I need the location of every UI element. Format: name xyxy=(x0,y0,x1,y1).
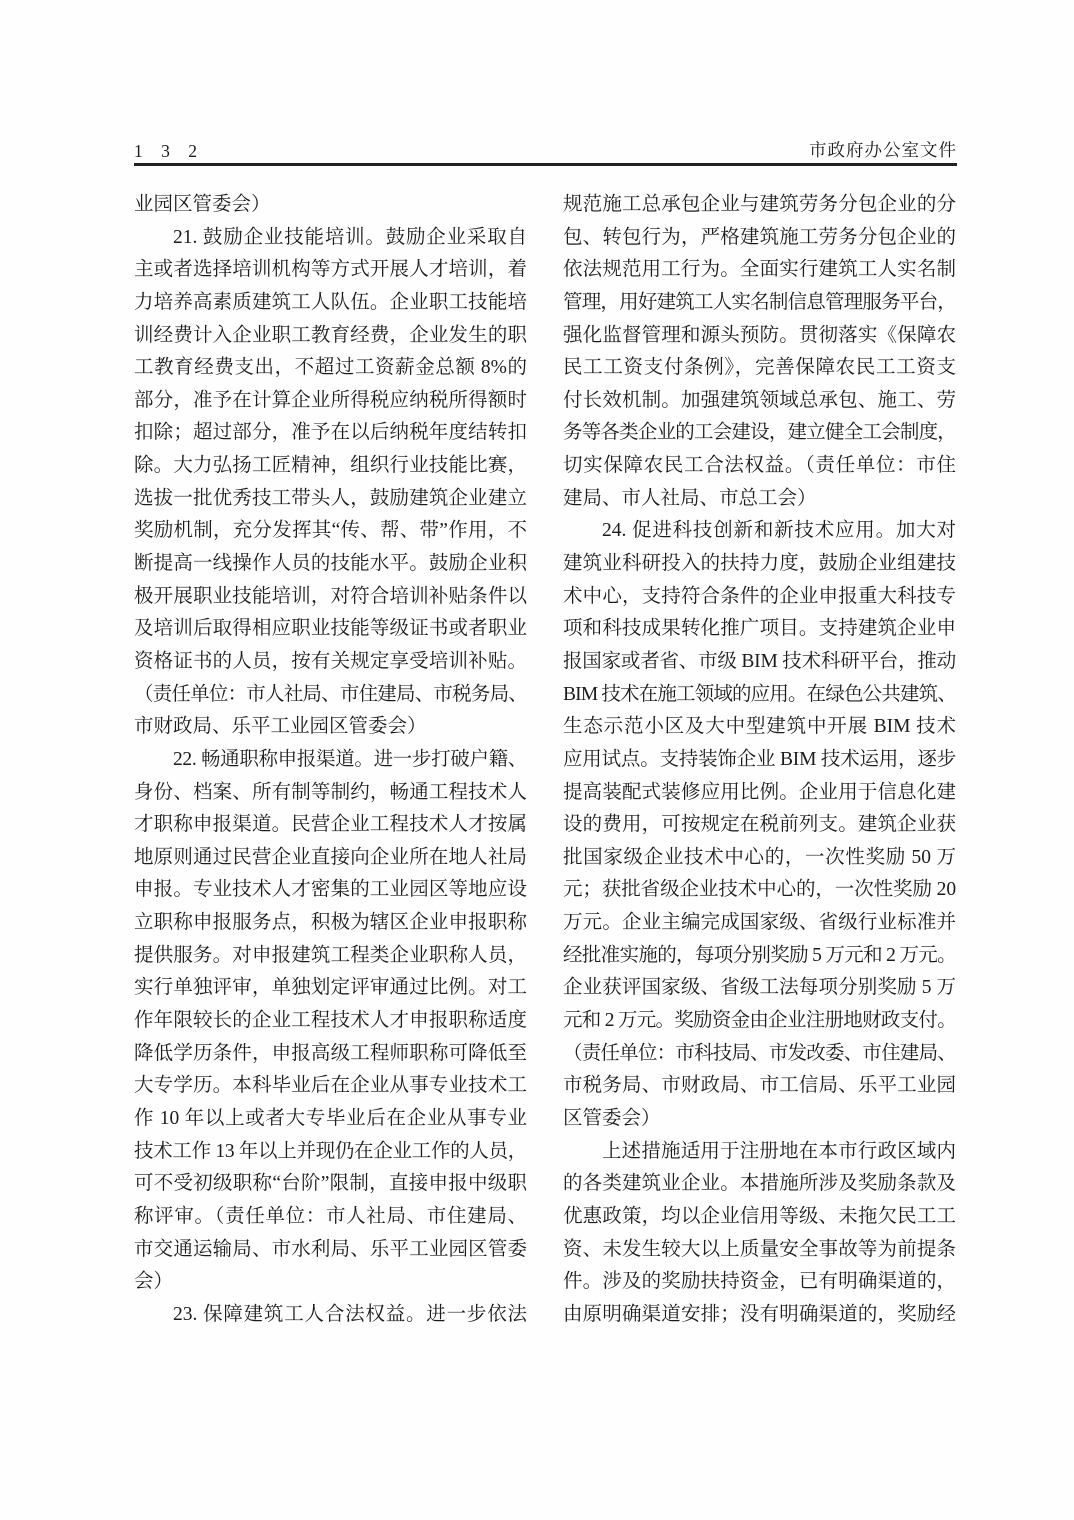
text-line: 才职称申报渠道。民营企业工程技术人才按属 xyxy=(134,809,527,842)
text-line: （责任单位：市科技局、市发改委、市住建局、 xyxy=(563,1038,956,1071)
document-type-label: 市政府办公室文件 xyxy=(809,137,957,162)
text-line: 元和 2 万元。奖励资金由企业注册地财政支付。 xyxy=(563,1005,956,1038)
text-line: 建局、市人社局、市总工会） xyxy=(563,483,956,516)
text-line: 包、转包行为，严格建筑施工劳务分包企业的 xyxy=(563,222,956,255)
text-line: 资、未发生较大以上质量安全事故等为前提条 xyxy=(563,1234,956,1267)
text-line: 生态示范小区及大中型建筑中开展 BIM 技术 xyxy=(563,711,956,744)
text-line: 主或者选择培训机构等方式开展人才培训，着 xyxy=(134,254,527,287)
text-line: BIM 技术在施工领域的应用。在绿色公共建筑、 xyxy=(563,679,956,712)
text-line: 称评审。（责任单位：市人社局、市住建局、 xyxy=(134,1201,527,1234)
text-line: 万元。企业主编完成国家级、省级行业标准并 xyxy=(563,907,956,940)
text-line: 资格证书的人员，按有关规定享受培训补贴。 xyxy=(134,646,527,679)
text-line: 除。大力弘扬工匠精神，组织行业技能比赛， xyxy=(134,450,527,483)
text-line: 件。涉及的奖励扶持资金，已有明确渠道的， xyxy=(563,1266,956,1299)
text-line: 降低学历条件，申报高级工程师职称可降低至 xyxy=(134,1038,527,1071)
text-line: 强化监督管理和源头预防。贯彻落实《保障农 xyxy=(563,320,956,353)
text-line: 元；获批省级企业技术中心的，一次性奖励 20 xyxy=(563,874,956,907)
text-line: 民工工资支付条例》，完善保障农民工工资支 xyxy=(563,352,956,385)
text-line: 建筑业科研投入的扶持力度，鼓励企业组建技 xyxy=(563,548,956,581)
text-line: 选拔一批优秀技工带头人，鼓励建筑企业建立 xyxy=(134,483,527,516)
text-line: 作 10 年以上或者大专毕业后在企业从事专业 xyxy=(134,1103,527,1136)
text-line: 务等各类企业的工会建设，建立健全工会制度， xyxy=(563,417,956,450)
text-line: 实行单独评审，单独划定评审通过比例。对工 xyxy=(134,972,527,1005)
text-line: 市财政局、乐平工业园区管委会） xyxy=(134,711,527,744)
text-line: 市交通运输局、市水利局、乐平工业园区管委 xyxy=(134,1234,527,1267)
text-line: 会） xyxy=(134,1266,527,1299)
text-line: 力培养高素质建筑工人队伍。企业职工技能培 xyxy=(134,287,527,320)
text-line: 训经费计入企业职工教育经费，企业发生的职 xyxy=(134,320,527,353)
text-line: 作年限较长的企业工程技术人才申报职称适度 xyxy=(134,1005,527,1038)
text-line: 批国家级企业技术中心的，一次性奖励 50 万 xyxy=(563,842,956,875)
text-line: 经批准实施的，每项分别奖励 5 万元和 2 万元。 xyxy=(563,940,956,973)
text-line: 业园区管委会） xyxy=(134,189,527,222)
text-line: 24. 促进科技创新和新技术应用。加大对 xyxy=(563,515,956,548)
text-line: 工教育经费支出，不超过工资薪金总额 8%的 xyxy=(134,352,527,385)
text-line: 的各类建筑业企业。本措施所涉及奖励条款及 xyxy=(563,1168,956,1201)
text-line: 报国家或者省、市级 BIM 技术科研平台，推动 xyxy=(563,646,956,679)
left-column: 业园区管委会）21. 鼓励企业技能培训。鼓励企业采取自主或者选择培训机构等方式开… xyxy=(134,189,527,1331)
text-line: 上述措施适用于注册地在本市行政区域内 xyxy=(563,1136,956,1169)
text-line: 项和科技成果转化推广项目。支持建筑企业申 xyxy=(563,613,956,646)
text-line: 技术工作 13 年以上并现仍在企业工作的人员， xyxy=(134,1136,527,1169)
text-line: 由原明确渠道安排；没有明确渠道的，奖励经 xyxy=(563,1299,956,1332)
text-line: 21. 鼓励企业技能培训。鼓励企业采取自 xyxy=(134,222,527,255)
text-line: 应用试点。支持装饰企业 BIM 技术运用，逐步 xyxy=(563,744,956,777)
text-line: 提供服务。对申报建筑工程类企业职称人员， xyxy=(134,940,527,973)
text-line: 管理，用好建筑工人实名制信息管理服务平台， xyxy=(563,287,956,320)
text-line: 可不受初级职称“台阶”限制，直接申报中级职 xyxy=(134,1168,527,1201)
page-header: 1 3 2 市政府办公室文件 xyxy=(134,138,957,162)
text-line: 奖励机制，充分发挥其“传、帮、带”作用，不 xyxy=(134,515,527,548)
text-line: 身份、档案、所有制等制约，畅通工程技术人 xyxy=(134,777,527,810)
text-line: 企业获评国家级、省级工法每项分别奖励 5 万 xyxy=(563,972,956,1005)
text-line: 22. 畅通职称申报渠道。进一步打破户籍、 xyxy=(134,744,527,777)
text-line: 术中心，支持符合条件的企业申报重大科技专 xyxy=(563,581,956,614)
text-line: 付长效机制。加强建筑领域总承包、施工、劳 xyxy=(563,385,956,418)
text-columns: 业园区管委会）21. 鼓励企业技能培训。鼓励企业采取自主或者选择培训机构等方式开… xyxy=(134,189,956,1331)
text-line: 扣除；超过部分，准予在以后纳税年度结转扣 xyxy=(134,417,527,450)
text-line: 地原则通过民营企业直接向企业所在地人社局 xyxy=(134,842,527,875)
text-line: （责任单位：市人社局、市住建局、市税务局、 xyxy=(134,679,527,712)
text-line: 切实保障农民工合法权益。（责任单位：市住 xyxy=(563,450,956,483)
text-line: 及培训后取得相应职业技能等级证书或者职业 xyxy=(134,613,527,646)
document-page: 1 3 2 市政府办公室文件 业园区管委会）21. 鼓励企业技能培训。鼓励企业采… xyxy=(0,0,1074,1520)
page-number: 1 3 2 xyxy=(134,141,204,162)
text-line: 市税务局、市财政局、市工信局、乐平工业园 xyxy=(563,1070,956,1103)
text-line: 依法规范用工行为。全面实行建筑工人实名制 xyxy=(563,254,956,287)
text-line: 23. 保障建筑工人合法权益。进一步依法 xyxy=(134,1299,527,1332)
text-line: 优惠政策，均以企业信用等级、未拖欠民工工 xyxy=(563,1201,956,1234)
text-line: 规范施工总承包企业与建筑劳务分包企业的分 xyxy=(563,189,956,222)
text-line: 部分，准予在计算企业所得税应纳税所得额时 xyxy=(134,385,527,418)
right-column: 规范施工总承包企业与建筑劳务分包企业的分包、转包行为，严格建筑施工劳务分包企业的… xyxy=(563,189,956,1331)
text-line: 大专学历。本科毕业后在企业从事专业技术工 xyxy=(134,1070,527,1103)
text-line: 申报。专业技术人才密集的工业园区等地应设 xyxy=(134,874,527,907)
text-line: 区管委会） xyxy=(563,1103,956,1136)
text-line: 极开展职业技能培训，对符合培训补贴条件以 xyxy=(134,581,527,614)
text-line: 断提高一线操作人员的技能水平。鼓励企业积 xyxy=(134,548,527,581)
text-line: 提高装配式装修应用比例。企业用于信息化建 xyxy=(563,777,956,810)
text-line: 立职称申报服务点，积极为辖区企业申报职称 xyxy=(134,907,527,940)
header-rule xyxy=(134,163,957,166)
text-line: 设的费用，可按规定在税前列支。建筑企业获 xyxy=(563,809,956,842)
